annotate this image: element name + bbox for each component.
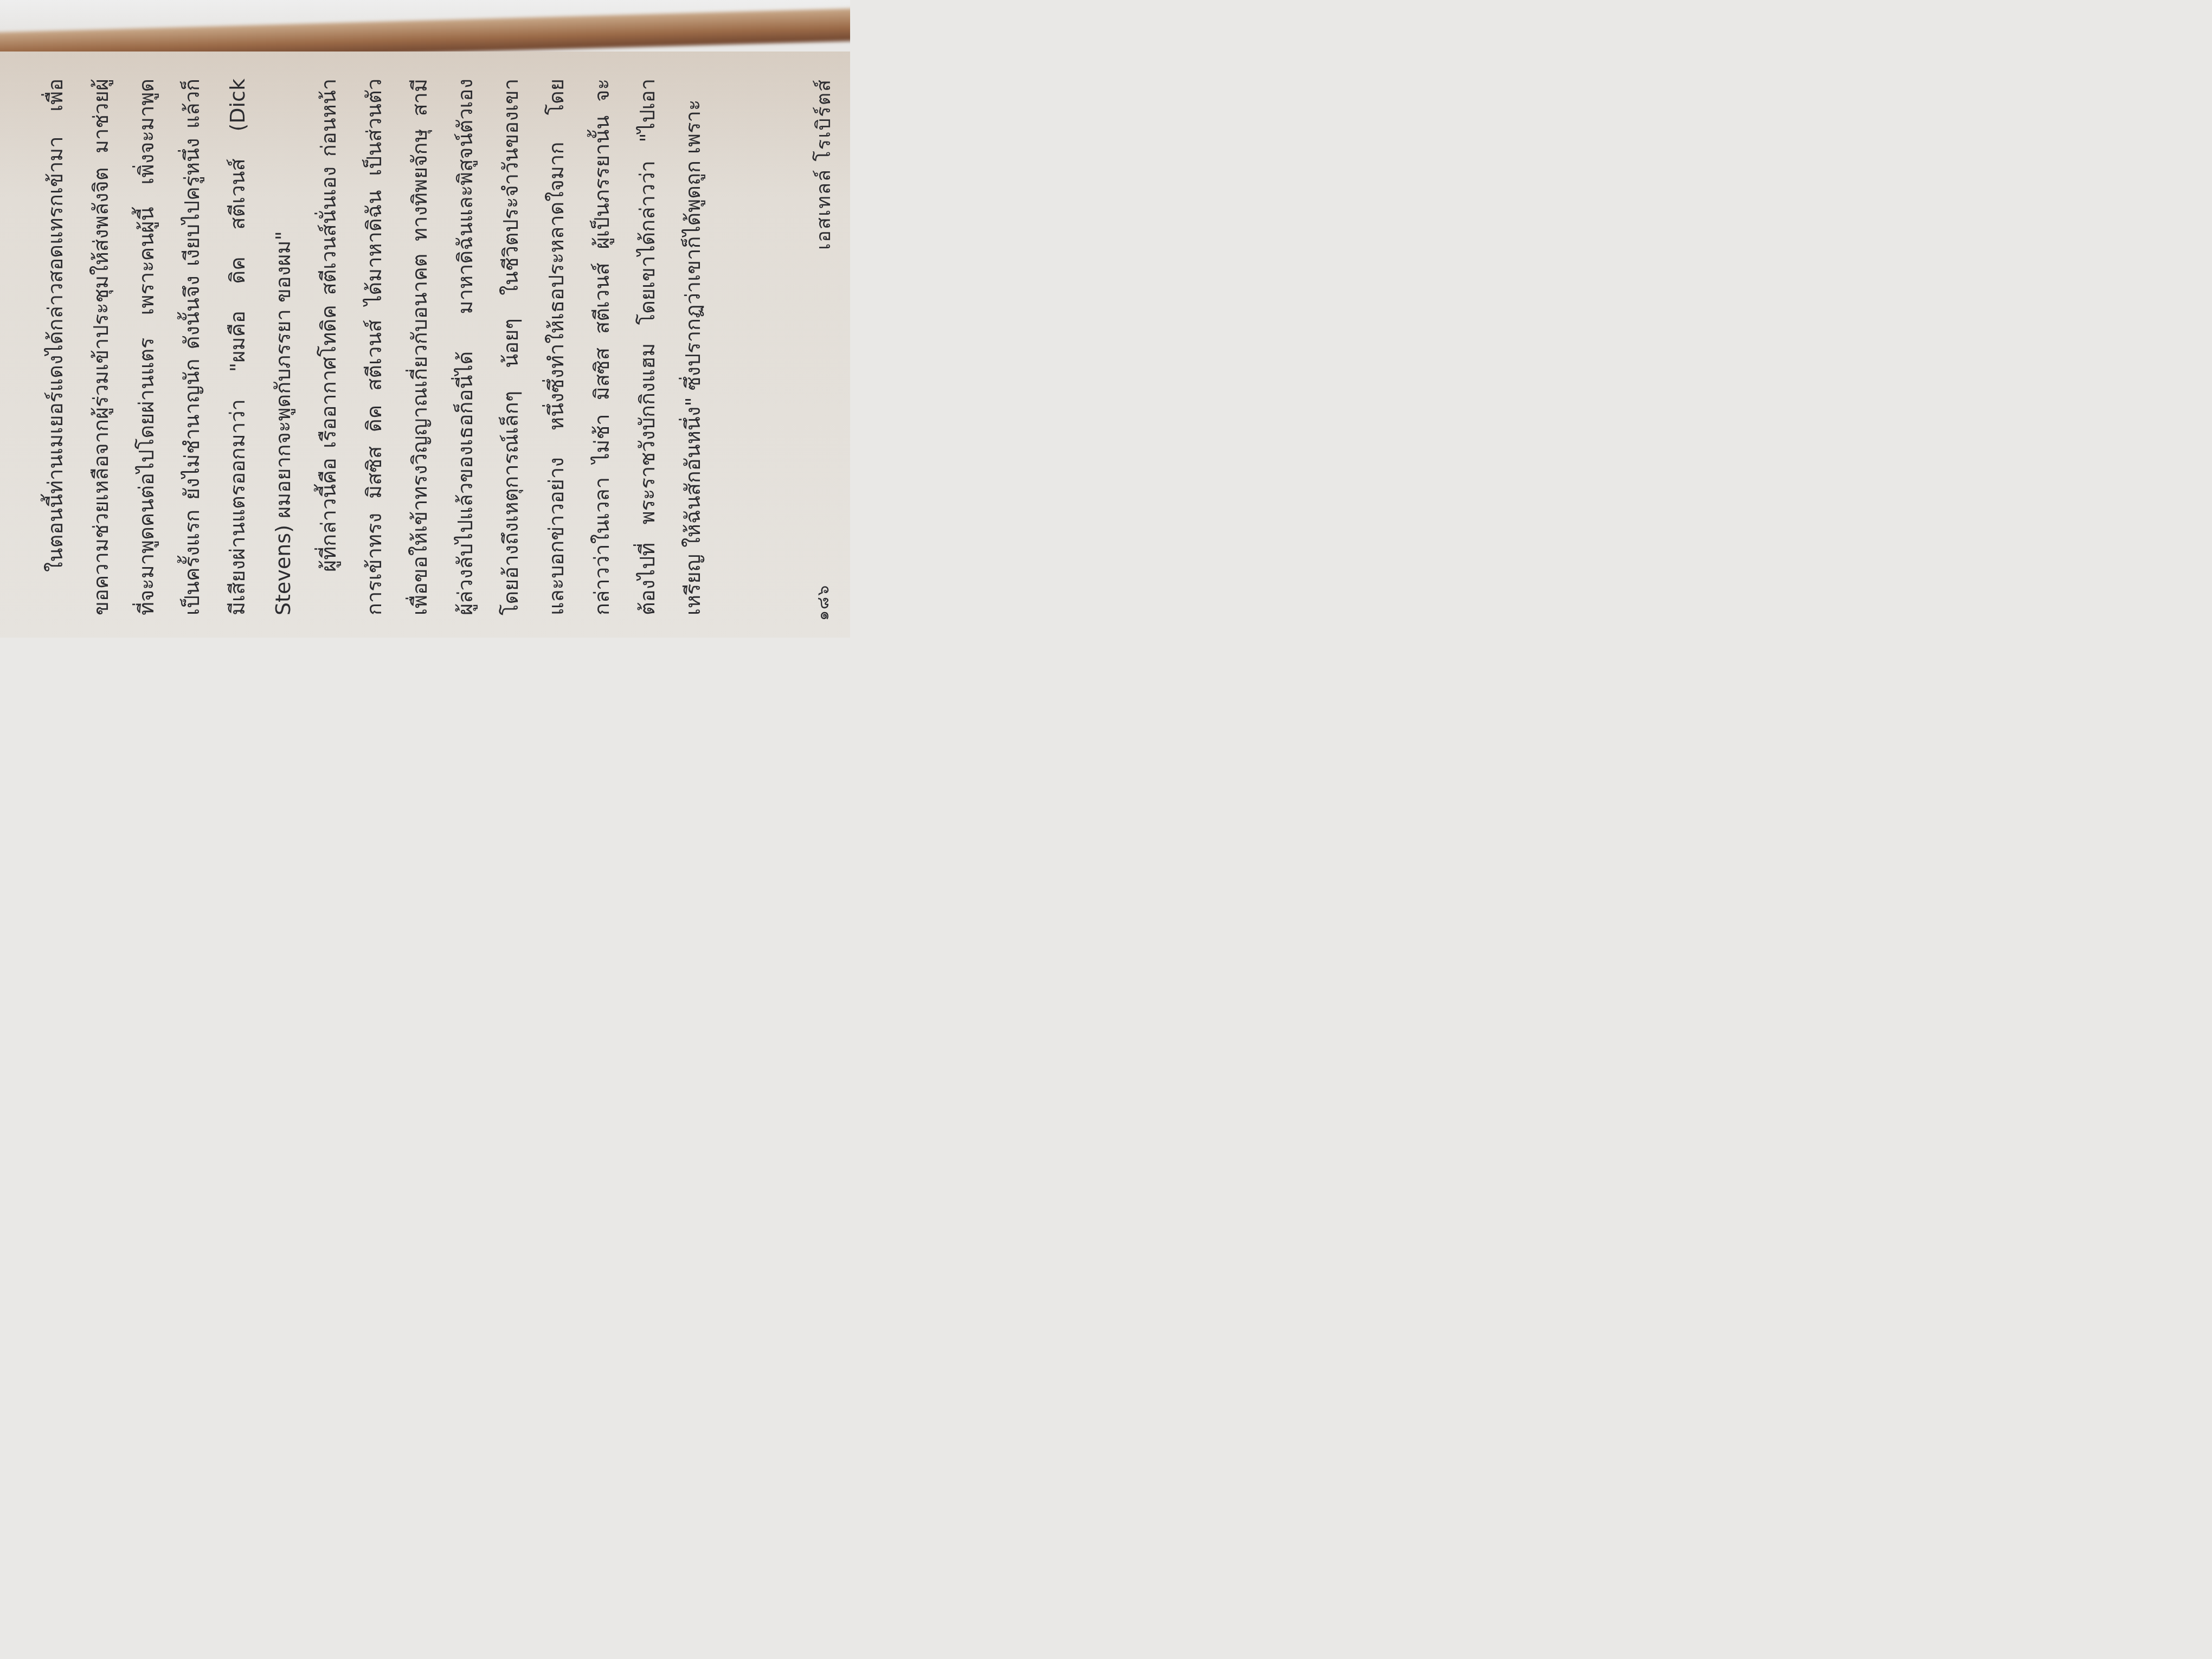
body-text: ในตอนนี้ท่านเมเยอร์แดงได้กล่าวสอดแทรกเข้…	[33, 79, 786, 615]
page-orientation: ในตอนนี้ท่านเมเยอร์แดงได้กล่าวสอดแทรกเข้…	[22, 57, 846, 632]
paragraph-2: ผู้ที่กล่าวนี้คือ เรืออากาศโทดิค สตีเวนส…	[306, 79, 716, 615]
running-header: ๑๘๖ เอสเทลล์ โรเบิร์ตส์	[808, 57, 839, 632]
header-author-name: เอสเทลล์ โรเบิร์ตส์	[808, 79, 839, 250]
page-content-rotated: ในตอนนี้ท่านเมเยอร์แดงได้กล่าวสอดแทรกเข้…	[22, 57, 846, 632]
paragraph-1: ในตอนนี้ท่านเมเยอร์แดงได้กล่าวสอดแทรกเข้…	[33, 79, 306, 615]
page-number: ๑๘๖	[811, 584, 836, 621]
book-page: ในตอนนี้ท่านเมเยอร์แดงได้กล่าวสอดแทรกเข้…	[0, 52, 850, 638]
